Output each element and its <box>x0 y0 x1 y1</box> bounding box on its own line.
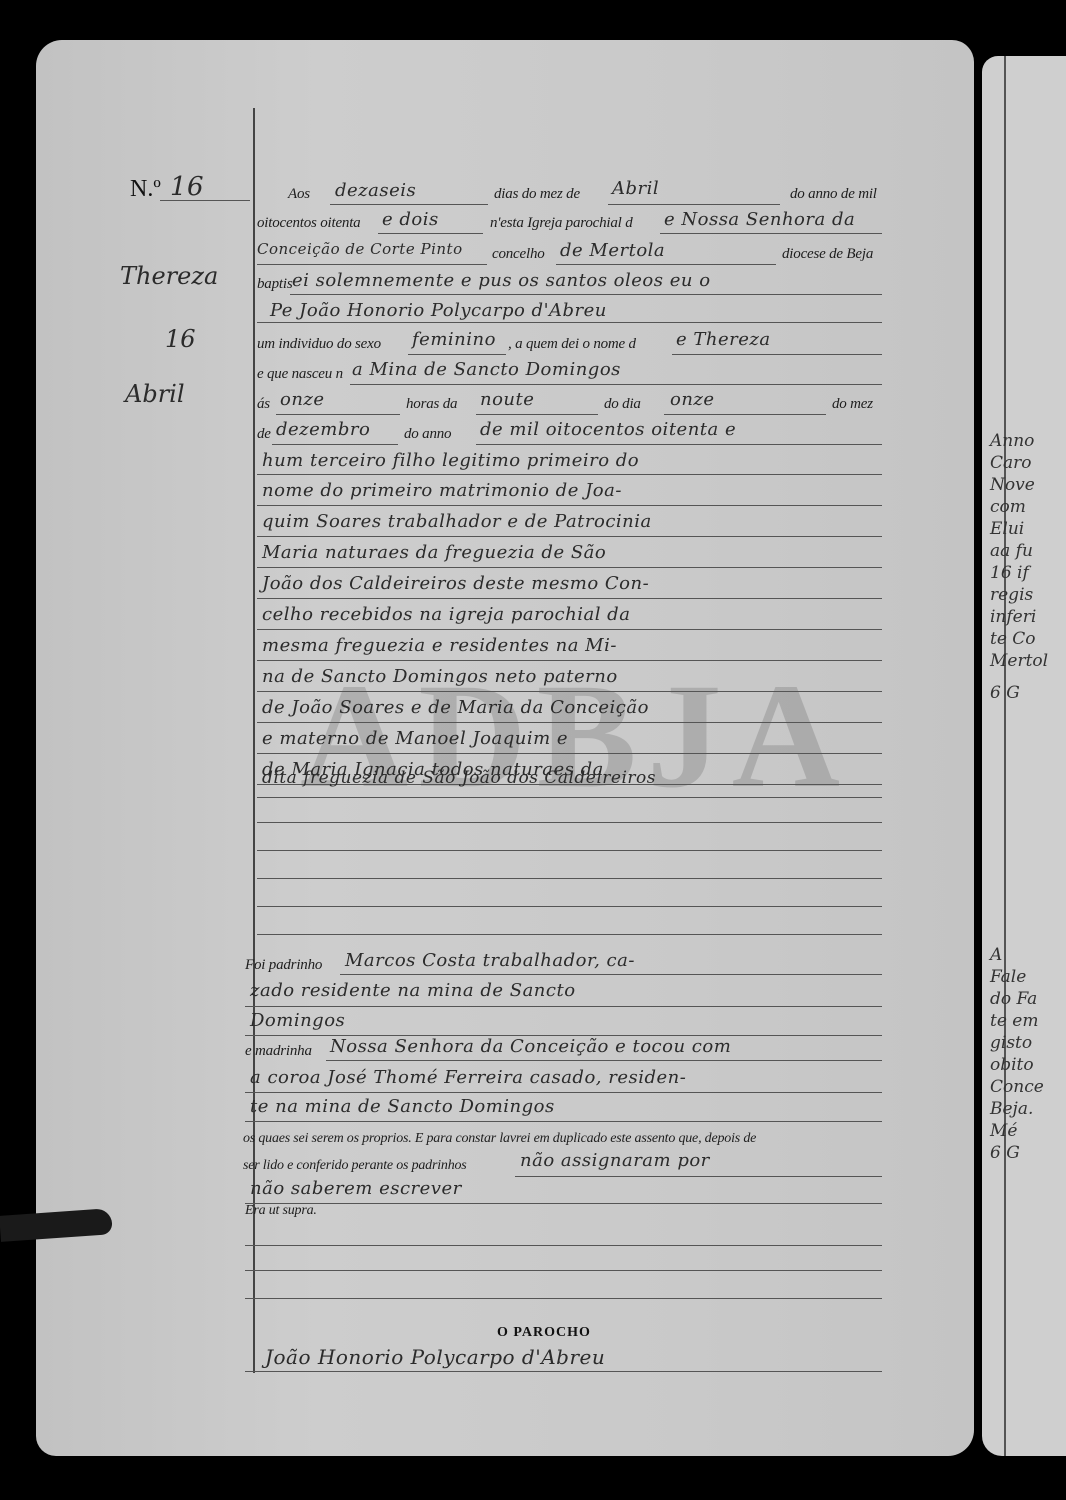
closing-handwritten: não saberem escrever <box>250 1178 462 1199</box>
rule <box>257 797 882 798</box>
printed-text: dias do mez de <box>494 186 580 203</box>
note-line: do Fa <box>990 988 1066 1010</box>
handwritten-text: de Mertola <box>560 240 665 261</box>
rule <box>257 598 882 599</box>
printed-text: oitocentos oitenta <box>257 215 360 232</box>
note-line: Fale <box>990 966 1066 988</box>
printed-text: de <box>257 426 271 443</box>
rule <box>245 1006 882 1007</box>
rule <box>245 1121 882 1122</box>
note-line: Elui <box>990 518 1066 540</box>
padrinho-label: Foi padrinho <box>245 957 322 974</box>
padrinho-line: Domingos <box>250 1010 345 1031</box>
handwritten-name: e Thereza <box>676 329 771 350</box>
printed-text: baptis <box>257 276 292 293</box>
rule <box>257 505 882 506</box>
entry-number-label: N.º <box>130 176 161 203</box>
rule <box>515 1176 882 1177</box>
handwritten-month: Abril <box>612 178 659 199</box>
handwritten-month: dezembro <box>276 419 370 440</box>
note-line: com <box>990 496 1066 518</box>
rule <box>276 414 400 415</box>
handwritten-day: onze <box>670 389 715 410</box>
note-line: Nove <box>990 474 1066 496</box>
rule <box>556 264 776 265</box>
rule <box>245 1203 882 1204</box>
printed-text: horas da <box>406 396 457 413</box>
rule <box>257 934 882 935</box>
handwritten-line: de João Soares e de Maria da Conceição <box>262 697 649 718</box>
rule <box>257 322 882 323</box>
handwritten-line: João dos Caldeireiros deste mesmo Con- <box>262 573 649 594</box>
handwritten-text: Pe João Honorio Polycarpo d'Abreu <box>270 300 607 321</box>
rule <box>257 850 882 851</box>
entry-number: 16 <box>170 172 204 202</box>
padrinho-line: zado residente na mina de Sancto <box>250 980 576 1001</box>
rule <box>257 567 882 568</box>
rule <box>350 384 882 385</box>
printed-text: do mez <box>832 396 873 413</box>
rule <box>245 1298 882 1299</box>
madrinha-line: te na mina de Sancto Domingos <box>250 1096 555 1117</box>
handwritten-sex: feminino <box>412 329 496 350</box>
padrinho-line: Marcos Costa trabalhador, ca- <box>345 950 635 971</box>
closing-text: ser lido e conferido perante os padrinho… <box>243 1158 467 1174</box>
handwritten-text: e Nossa Senhora da <box>664 209 855 230</box>
handwritten-year: de mil oitocentos oitenta e <box>480 419 736 440</box>
margin-day: 16 <box>165 325 196 353</box>
printed-text: do anno de mil <box>790 186 877 203</box>
handwritten-text: Conceição de Corte Pinto <box>257 240 463 258</box>
rule <box>245 1371 882 1372</box>
handwritten-line: Maria naturaes da freguezia de São <box>262 542 606 563</box>
handwritten-line: na de Sancto Domingos neto paterno <box>262 666 618 687</box>
rule <box>608 204 780 205</box>
note-line: Mertol <box>990 650 1066 672</box>
note-line: aa fu <box>990 540 1066 562</box>
note-line: te Co <box>990 628 1066 650</box>
handwritten-birthplace: a Mina de Sancto Domingos <box>352 359 621 380</box>
margin-name: Thereza <box>120 262 218 290</box>
note-line: inferi <box>990 606 1066 628</box>
handwritten-line: mesma freguezia e residentes na Mi- <box>262 635 617 656</box>
note-line: Mé <box>990 1120 1066 1142</box>
handwritten-hour: onze <box>280 389 325 410</box>
note-line: 16 if <box>990 562 1066 584</box>
handwritten-line: celho recebidos na igreja parochial da <box>262 604 630 625</box>
handwritten-line: quim Soares trabalhador e de Patrocinia <box>262 511 652 532</box>
note-line: te em <box>990 1010 1066 1032</box>
note-line: gisto <box>990 1032 1066 1054</box>
rule <box>257 536 882 537</box>
rule <box>290 294 882 295</box>
note-line: Caro <box>990 452 1066 474</box>
rule <box>245 1245 882 1246</box>
parocho-signature: João Honorio Polycarpo d'Abreu <box>265 1345 605 1369</box>
rule <box>408 354 506 355</box>
margin-month: Abril <box>125 380 185 408</box>
rule <box>330 204 488 205</box>
closing-handwritten: não assignaram por <box>520 1150 710 1171</box>
rule <box>245 1092 882 1093</box>
rule <box>257 822 882 823</box>
note-line: Anno <box>990 430 1066 452</box>
rule <box>272 444 398 445</box>
handwritten-line: hum terceiro filho legitimo primeiro do <box>262 450 639 471</box>
rule <box>257 691 882 692</box>
madrinha-label: e madrinha <box>245 1043 312 1060</box>
entry-number-rule <box>160 200 250 201</box>
closing-text: os quaes sei serem os proprios. E para c… <box>243 1131 756 1147</box>
rule <box>257 660 882 661</box>
printed-text: ás <box>257 396 270 413</box>
rule <box>245 1270 882 1271</box>
rule <box>257 753 882 754</box>
rule <box>340 974 882 975</box>
rule <box>378 233 483 234</box>
note-line: 6 G <box>990 1142 1066 1164</box>
rule <box>326 1060 882 1061</box>
printed-text: , a quem dei o nome d <box>508 336 636 353</box>
era-ut-supra: Era ut supra. <box>245 1203 317 1219</box>
rule <box>257 264 487 265</box>
handwritten-text: ei solemnemente e pus os santos oleos eu… <box>292 270 711 291</box>
rule <box>257 722 882 723</box>
rule <box>257 878 882 879</box>
note-line: obito <box>990 1054 1066 1076</box>
note-line: regis <box>990 584 1066 606</box>
printed-text: concelho <box>492 246 545 263</box>
rule <box>257 474 882 475</box>
printed-text: do dia <box>604 396 641 413</box>
rule <box>257 629 882 630</box>
printed-text: do anno <box>404 426 451 443</box>
rule <box>672 354 882 355</box>
handwritten-text: e dois <box>382 209 439 230</box>
adjacent-page-notes: Anno Caro Nove com Elui aa fu 16 if regi… <box>990 430 1066 1164</box>
printed-text: diocese de Beja <box>782 246 873 263</box>
handwritten-line: e materno de Manoel Joaquim e <box>262 728 568 749</box>
madrinha-line: a coroa José Thomé Ferreira casado, resi… <box>250 1067 686 1088</box>
printed-text: um individuo do sexo <box>257 336 381 353</box>
handwritten-period: noute <box>480 389 534 410</box>
note-line: A <box>990 944 1066 966</box>
handwritten-line: dita freguezia de São João dos Caldeirei… <box>262 768 656 788</box>
note-line: 6 G <box>990 682 1066 704</box>
rule <box>664 414 826 415</box>
note-line: Beja. <box>990 1098 1066 1120</box>
note-line: Conce <box>990 1076 1066 1098</box>
handwritten-day: dezaseis <box>335 180 416 201</box>
printed-text: e que nasceu n <box>257 366 343 383</box>
rule <box>476 444 882 445</box>
madrinha-line: Nossa Senhora da Conceição e tocou com <box>330 1036 731 1057</box>
rule <box>660 233 882 234</box>
handwritten-line: nome do primeiro matrimonio de Joa- <box>262 480 622 501</box>
rule <box>257 906 882 907</box>
printed-text: n'esta Igreja parochial d <box>490 215 633 232</box>
parocho-title: O PAROCHO <box>497 1325 591 1341</box>
printed-text: Aos <box>288 186 310 203</box>
rule <box>476 414 598 415</box>
